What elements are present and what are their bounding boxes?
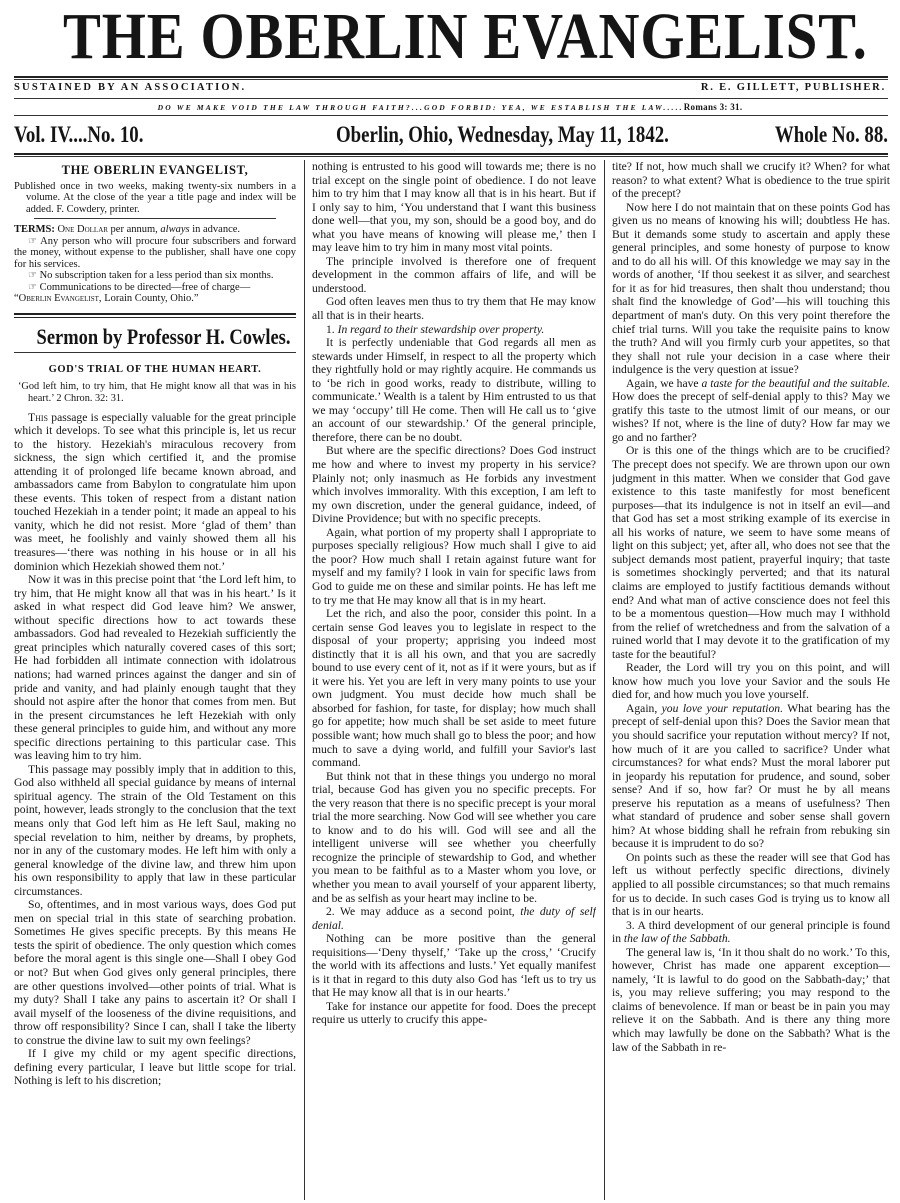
article-paragraph: Take for instance our appetite for food.… xyxy=(312,1000,596,1027)
dateline: Vol. IV....No. 10. Oberlin, Ohio, Wednes… xyxy=(14,120,888,150)
notice-period-text: No subscription taken for a less period … xyxy=(40,270,274,281)
terms-label: TERMS: xyxy=(14,224,55,235)
paragraph-text: What bearing has the precept of self-den… xyxy=(612,702,890,850)
terms-text-2: in advance. xyxy=(190,224,240,235)
masthead-subline: SUSTAINED BY AN ASSOCIATION. R. E. GILLE… xyxy=(14,82,886,96)
whole-number: Whole No. 88. xyxy=(775,120,888,150)
article-paragraph: If I give my child or my agent specific … xyxy=(14,1047,296,1088)
article-paragraph: It is perfectly undeniable that God rega… xyxy=(312,336,596,444)
column-1: THE OBERLIN EVANGELIST, Published once i… xyxy=(14,160,296,1200)
dateline-rule-thin xyxy=(14,156,888,157)
article-paragraph: But think not that in these things you u… xyxy=(312,770,596,905)
publisher-credit: R. E. GILLETT, PUBLISHER. xyxy=(701,82,886,93)
terms-price: One Dollar xyxy=(57,224,107,235)
notice-subscription-period: ☞ No subscription taken for a less perio… xyxy=(14,270,296,282)
terms-text-1: per annum, xyxy=(108,224,161,235)
drop-cap-word: This xyxy=(28,411,48,424)
article-paragraph: Now here I do not maintain that on these… xyxy=(612,201,890,377)
point-number: 1. xyxy=(326,323,338,336)
section-double-rule xyxy=(14,313,296,318)
paragraph-text: How does the precept of self-denial appl… xyxy=(612,390,890,444)
article-paragraph: tite? If not, how much shall we crucify … xyxy=(612,160,890,201)
publication-box-title: THE OBERLIN EVANGELIST, xyxy=(14,164,296,178)
masthead-rule-top-thin xyxy=(14,79,888,80)
notice-communications-text: Communications to be directed—free of ch… xyxy=(40,282,251,293)
address-name: “Oberlin Evangelist, xyxy=(14,293,102,304)
point-title: In regard to their stewardship over prop… xyxy=(338,323,545,336)
article-paragraph: So, oftentimes, and in most various ways… xyxy=(14,898,296,1047)
article-heading-rule xyxy=(14,352,296,353)
point-title: the law of the Sabbath. xyxy=(624,932,731,945)
masthead-rule-top xyxy=(14,76,888,78)
article-paragraph: Let the rich, and also the poor, conside… xyxy=(312,607,596,770)
article-paragraph: The general law is, ‘In it thou shalt do… xyxy=(612,946,890,1054)
article-section-point-3: 3. A third development of our general pr… xyxy=(612,919,890,946)
issue-date: Oberlin, Ohio, Wednesday, May 11, 1842. xyxy=(336,120,669,150)
sustained-by-association: SUSTAINED BY AN ASSOCIATION. xyxy=(14,82,246,93)
motto-text: DO WE MAKE VOID THE LAW THROUGH FAITH?..… xyxy=(158,103,684,112)
point-text: 2. We may adduce as a second point, xyxy=(326,905,520,918)
publication-description: Published once in two weeks, making twen… xyxy=(14,181,296,216)
article-paragraph: Again, we have a taste for the beautiful… xyxy=(612,377,890,445)
article-paragraph: God often leaves men thus to try them th… xyxy=(312,295,596,322)
article-paragraph: Nothing can be more positive than the ge… xyxy=(312,932,596,1000)
article-subheading: GOD'S TRIAL OF THE HUMAN HEART. xyxy=(14,363,296,377)
notice-subscribers: ☞ Any person who will procure four subsc… xyxy=(14,236,296,271)
article-paragraph: nothing is entrusted to his good will to… xyxy=(312,160,596,255)
article-paragraph: This passage is especially valuable for … xyxy=(14,411,296,574)
column-divider-1 xyxy=(304,160,305,1200)
column-3: tite? If not, how much shall we crucify … xyxy=(612,160,890,1200)
address-rest: Lorain County, Ohio.” xyxy=(102,293,199,304)
pointing-hand-icon: ☞ xyxy=(28,236,37,247)
pointing-hand-icon: ☞ xyxy=(28,270,37,281)
notice-subscribers-text: Any person who will procure four subscri… xyxy=(14,236,296,270)
motto-line: DO WE MAKE VOID THE LAW THROUGH FAITH?..… xyxy=(0,102,900,112)
paragraph-text: Again, xyxy=(626,702,662,715)
article-section-point-1: 1. In regard to their stewardship over p… xyxy=(312,323,596,337)
motto-rule-top xyxy=(14,98,888,99)
article-paragraph: On points such as these the reader will … xyxy=(612,851,890,919)
article-paragraph: But where are the specific directions? D… xyxy=(312,444,596,525)
article-paragraph: This passage may possibly imply that in … xyxy=(14,763,296,898)
column-2: nothing is entrusted to his good will to… xyxy=(312,160,596,1200)
terms-always: always xyxy=(160,224,189,235)
newspaper-masthead-title: THE OBERLIN EVANGELIST. xyxy=(63,2,837,72)
paragraph-text: Again, we have xyxy=(626,377,702,390)
terms-line: TERMS: One Dollar per annum, always in a… xyxy=(14,224,296,236)
pointing-hand-icon: ☞ xyxy=(28,282,37,293)
article-paragraph: Or is this one of the things which are t… xyxy=(612,444,890,661)
paragraph-text: passage is especially valuable for the g… xyxy=(14,411,296,573)
subscription-terms: TERMS: One Dollar per annum, always in a… xyxy=(14,224,296,305)
article-paragraph: Now it was in this precise point that ‘t… xyxy=(14,573,296,763)
motto-rule-bottom xyxy=(14,115,888,116)
article-paragraph: The principle involved is therefore one … xyxy=(312,255,596,296)
article-epigraph: ‘God left him, to try him, that He might… xyxy=(14,381,296,404)
emphasis-text: a taste for the beautiful and the suitab… xyxy=(702,377,890,390)
motto-scripture-reference: Romans 3: 31. xyxy=(684,102,743,112)
publication-box-rule xyxy=(34,218,276,219)
dateline-rule xyxy=(14,153,888,155)
article-paragraph: Reader, the Lord will try you on this po… xyxy=(612,661,890,702)
volume-number: Vol. IV....No. 10. xyxy=(14,120,143,150)
column-divider-2 xyxy=(604,160,605,1200)
emphasis-text: you love your reputation. xyxy=(662,702,783,715)
article-heading: Sermon by Professor H. Cowles. xyxy=(37,324,274,350)
article-paragraph: Again, you love your reputation. What be… xyxy=(612,702,890,851)
article-section-point-2: 2. We may adduce as a second point, the … xyxy=(312,905,596,932)
notice-communications: ☞ Communications to be directed—free of … xyxy=(14,282,296,305)
article-paragraph: Again, what portion of my property shall… xyxy=(312,526,596,607)
